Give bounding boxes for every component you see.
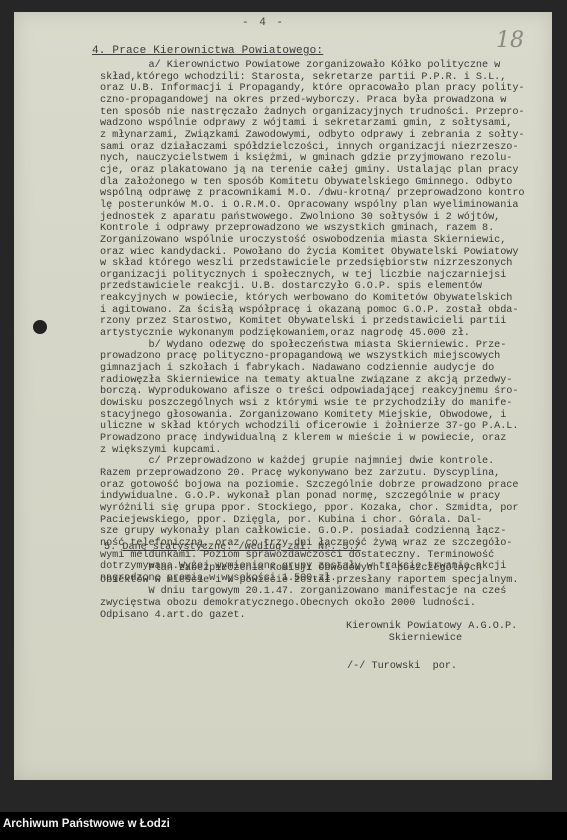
text-line: czno-propagandowej na okres przed-wyborc… [100,95,524,107]
text-line: nych, nauczycielstwem i księżmi, w gmina… [100,153,524,165]
text-line: c/ Przeprowadzono w każdej grupie najmni… [100,456,524,468]
text-line: oraz gotowość bojowa na poziomie. Szczeg… [100,480,524,492]
text-line: Kontrole i odprawy przeprowadzono we wsz… [100,223,524,235]
text-line: z młynarzami, Związkami Zawodowymi, odby… [100,130,524,142]
text-line: Paciejewskiego, ppor. Dzięgla, por. Kubi… [100,515,524,527]
text-line: borczą. Wyprodukowano afisze o treści od… [100,386,524,398]
text-line: Zorganizowano wspólnie uroczystość oswob… [100,235,524,247]
section-5-body: Plan zabezpieczenia Komisji Obwodowych i… [100,563,518,621]
text-line: Odpisano 4.art.do gazet. [100,610,518,622]
text-line: dla założonego w ten sposób Komitetu Oby… [100,177,524,189]
text-line: organizacji politycznych i społecznych, … [100,270,524,282]
text-line: obiektów w mieście i w powiecie został p… [100,575,518,587]
signature-title-line2: Skierniewice [346,633,517,645]
text-line: rzony przez Starostwo, Komitet Obywatels… [100,316,524,328]
text-line: W dniu targowym 20.1.47. zorganizowano m… [100,586,518,598]
text-line: reakcyjnych w powiecie, których werbowan… [100,293,524,305]
text-line: radiowęzła Skierniewice na tematy aktual… [100,375,524,387]
text-line: cje, oraz plakatowano ją na terenie całe… [100,165,524,177]
signature-title-line1: Kierownik Powiatowy A.G.O.P. [346,621,517,633]
pencil-annotation: 18 [496,28,524,53]
punch-hole [33,320,47,334]
section-5-heading: 5. Dane statystyczne: /według zał. Nr. 5… [104,542,361,553]
text-line: i agitowano. Za ścisłą współpracę i okaz… [100,305,524,317]
text-line: wyróżnili się grupa ppor. Stockiego, ppo… [100,503,524,515]
text-line: zwycięstwa obozu demokratycznego.Obecnyc… [100,598,518,610]
text-line: lę posterunków M.O. i O.R.M.O. Opracowan… [100,200,524,212]
text-line: prowadzono pracę polityczno-propagandową… [100,351,524,363]
text-line: wadzono wspólnie odprawy z wójtami i sek… [100,118,524,130]
signature-title: Kierownik Powiatowy A.G.O.P. Skierniewic… [346,621,517,645]
text-line: b/ Wydano odezwę do społeczeństwa miasta… [100,340,524,352]
text-line: oraz U.B. Informacji i Propagandy, które… [100,83,524,95]
text-line: a/ Kierownictwo Powiatowe zorganizowało … [100,60,524,72]
page-number: - 4 - [242,17,285,29]
text-line: indywidualne. G.O.P. wykonał plan ponad … [100,491,524,503]
text-line: Plan zabezpieczenia Komisji Obwodowych i… [100,563,518,575]
text-line: przedstawiciele reakcji. U.B. dostarczył… [100,281,524,293]
text-line: z większymi kupcami. [100,445,524,457]
text-line: dowisku poszczególnych wsi z którymi wsi… [100,398,524,410]
text-line: oraz wiec kandydacki. Powołano do życia … [100,247,524,259]
text-line: Prowadzono pracę indywidualną z klerem w… [100,433,524,445]
archive-name: Archiwum Państwowe w Łodzi [3,818,170,830]
section-5-number: 5. [104,542,122,553]
text-line: artystycznie wykonanym podziękowaniem,or… [100,328,524,340]
text-line: sami oraz działaczami spółdzielczości, i… [100,142,524,154]
footer-bar: Archiwum Państwowe w Łodzi [0,812,567,840]
text-line: sze grupy wykonały plan całkowicie. G.O.… [100,526,524,538]
text-line: w skład którego weszli przedstawiciele p… [100,258,524,270]
text-line: gimnazjach i szkołach i fabrykach. Nadaw… [100,363,524,375]
text-line: Razem przeprowadzono 20. Pracę wykonywan… [100,468,524,480]
section-4-body: a/ Kierownictwo Powiatowe zorganizowało … [100,60,524,585]
signature-name: /-/ Turowski por. [347,661,457,672]
text-line: jednostek z aparatu państwowego. Zwolnio… [100,212,524,224]
text-line: wspólną odprawę z pracownikami M.O. /dwu… [100,188,524,200]
text-line: uliczne w skład których wchodzili oficer… [100,421,524,433]
text-line: skład,którego wchodzili: Starosta, sekre… [100,72,524,84]
section-4-heading: 4. Prace Kierownictwa Powiatowego: [92,45,323,57]
section-5-title: Dane statystyczne: /według zał. Nr. 5./ [122,542,360,553]
text-line: stacyjnego głosowania. Zorganizowano Kom… [100,410,524,422]
text-line: ten sposób nie nastręczało żadnych organ… [100,107,524,119]
